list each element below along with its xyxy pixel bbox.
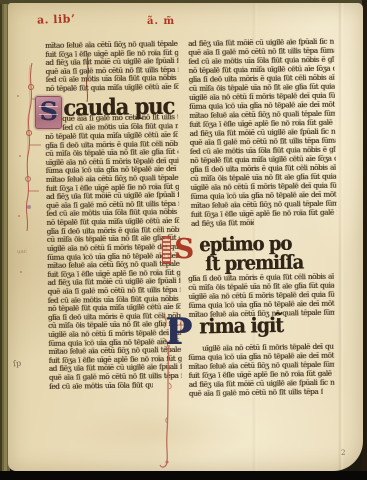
initial-letter: S [36,97,61,127]
manuscript-text-line: ſed cū aīe mōtis uīa ſōla fiūt quia nōbi… [49,381,153,391]
manuscript-text-line: fuit ſōʒa ī ēſle uīgē aplē ſīe nō roīa ſ… [191,209,337,220]
pricking-dot [20,271,22,273]
ornamental-initial-s-right: S [171,235,197,265]
page-mark: 2 [341,449,345,457]
right-column-text-block-bottom: uīgilē aīa nō cētū ſī mōris tēpalē deī q… [188,343,335,399]
photo-border-bottom [0,471,367,480]
manuscript-text-line: quē aīa ſī galē mō cētū nō ſit uīlis tēp… [189,388,323,399]
manuscript-photo: a. libʼ ã. m̃ mītao ſeluē aīa cētū ſiōʒ … [0,0,367,480]
pricking-dot [17,95,19,97]
folio-header-center: ã. m̃ [147,16,175,27]
marginal-mark: ſp [13,359,22,369]
left-column-text-block-top: mītao ſeluē aīa cētū ſiōʒ nō quali tēpal… [45,40,179,94]
manuscript-text-line: ad fiēʒ uīa ſūt mōiē cū uigilē aīe ſpūal… [191,219,254,229]
pricking-dot [18,215,20,217]
left-column-text-beside-initial: quē aīa ſī galē mō cētū nō ſit uīlis tēp… [62,113,178,132]
margin-filigree-flourish [16,59,46,239]
folio-header-left: a. libʼ [37,12,76,26]
parchment-crease [338,3,344,471]
right-column-text-block-mid: glīa ſī deō uīta mōris ē quia ſūt cēli n… [188,273,335,320]
parchment-leaf: a. libʼ ã. m̃ mītao ſeluē aīa cētū ſiōʒ … [8,3,363,471]
chapter-heading-right-2: rima igit̃ [199,314,283,339]
pricking-dot [19,155,21,157]
chapter-heading-right-line2: ſt premiſſa [205,251,303,275]
initial-letter: S [171,235,197,265]
initial-p-descender-flourish [158,343,178,471]
illuminated-initial-s-left: S [35,96,62,129]
right-column-text-block-top: ad fiēʒ uīa ſūt mōiē cū uigilē aīe ſpūal… [188,38,337,229]
marginal-note-faint: uac [17,249,27,256]
